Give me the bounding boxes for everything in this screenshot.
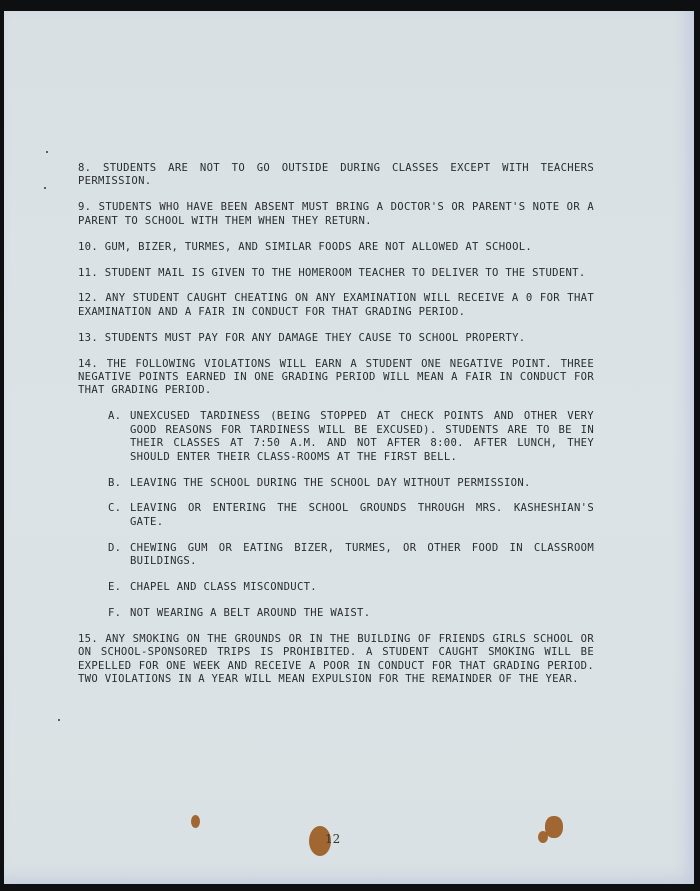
violation-text: CHEWING GUM OR EATING BIZER, TURMES, OR …: [130, 542, 594, 567]
violation-label: B.: [108, 477, 130, 490]
violation-f: F.NOT WEARING A BELT AROUND THE WAIST.: [78, 607, 594, 620]
violation-label: F.: [108, 607, 130, 620]
rule-9: 9. STUDENTS WHO HAVE BEEN ABSENT MUST BR…: [78, 201, 594, 228]
violation-text: LEAVING THE SCHOOL DURING THE SCHOOL DAY…: [130, 477, 531, 489]
rust-stain: [545, 816, 563, 838]
rule-11: 11. STUDENT MAIL IS GIVEN TO THE HOMEROO…: [78, 267, 594, 280]
violation-text: LEAVING OR ENTERING THE SCHOOL GROUNDS T…: [130, 502, 594, 527]
rule-12: 12. ANY STUDENT CAUGHT CHEATING ON ANY E…: [78, 292, 594, 319]
violation-text: UNEXCUSED TARDINESS (BEING STOPPED AT CH…: [130, 410, 594, 462]
rules-text: 8. STUDENTS ARE NOT TO GO OUTSIDE DURING…: [78, 162, 594, 699]
rule-8: 8. STUDENTS ARE NOT TO GO OUTSIDE DURING…: [78, 162, 594, 189]
violation-label: A.: [108, 410, 130, 423]
violation-label: D.: [108, 542, 130, 555]
violation-text: CHAPEL AND CLASS MISCONDUCT.: [130, 581, 317, 593]
page-number: 12: [325, 832, 340, 846]
violation-c: C.LEAVING OR ENTERING THE SCHOOL GROUNDS…: [78, 502, 594, 529]
rule-15: 15. ANY SMOKING ON THE GROUNDS OR IN THE…: [78, 633, 594, 687]
violation-text: NOT WEARING A BELT AROUND THE WAIST.: [130, 607, 370, 619]
rule-10: 10. GUM, BIZER, TURMES, AND SIMILAR FOOD…: [78, 241, 594, 254]
speck: [46, 151, 48, 153]
violation-e: E.CHAPEL AND CLASS MISCONDUCT.: [78, 581, 594, 594]
rust-stain: [191, 815, 200, 828]
rule-14: 14. THE FOLLOWING VIOLATIONS WILL EARN A…: [78, 358, 594, 398]
violation-label: C.: [108, 502, 130, 515]
rule-13: 13. STUDENTS MUST PAY FOR ANY DAMAGE THE…: [78, 332, 594, 345]
speck: [44, 187, 46, 189]
violation-b: B.LEAVING THE SCHOOL DURING THE SCHOOL D…: [78, 477, 594, 490]
violation-a: A.UNEXCUSED TARDINESS (BEING STOPPED AT …: [78, 410, 594, 464]
speck: [58, 719, 60, 721]
violation-label: E.: [108, 581, 130, 594]
violation-d: D.CHEWING GUM OR EATING BIZER, TURMES, O…: [78, 542, 594, 569]
